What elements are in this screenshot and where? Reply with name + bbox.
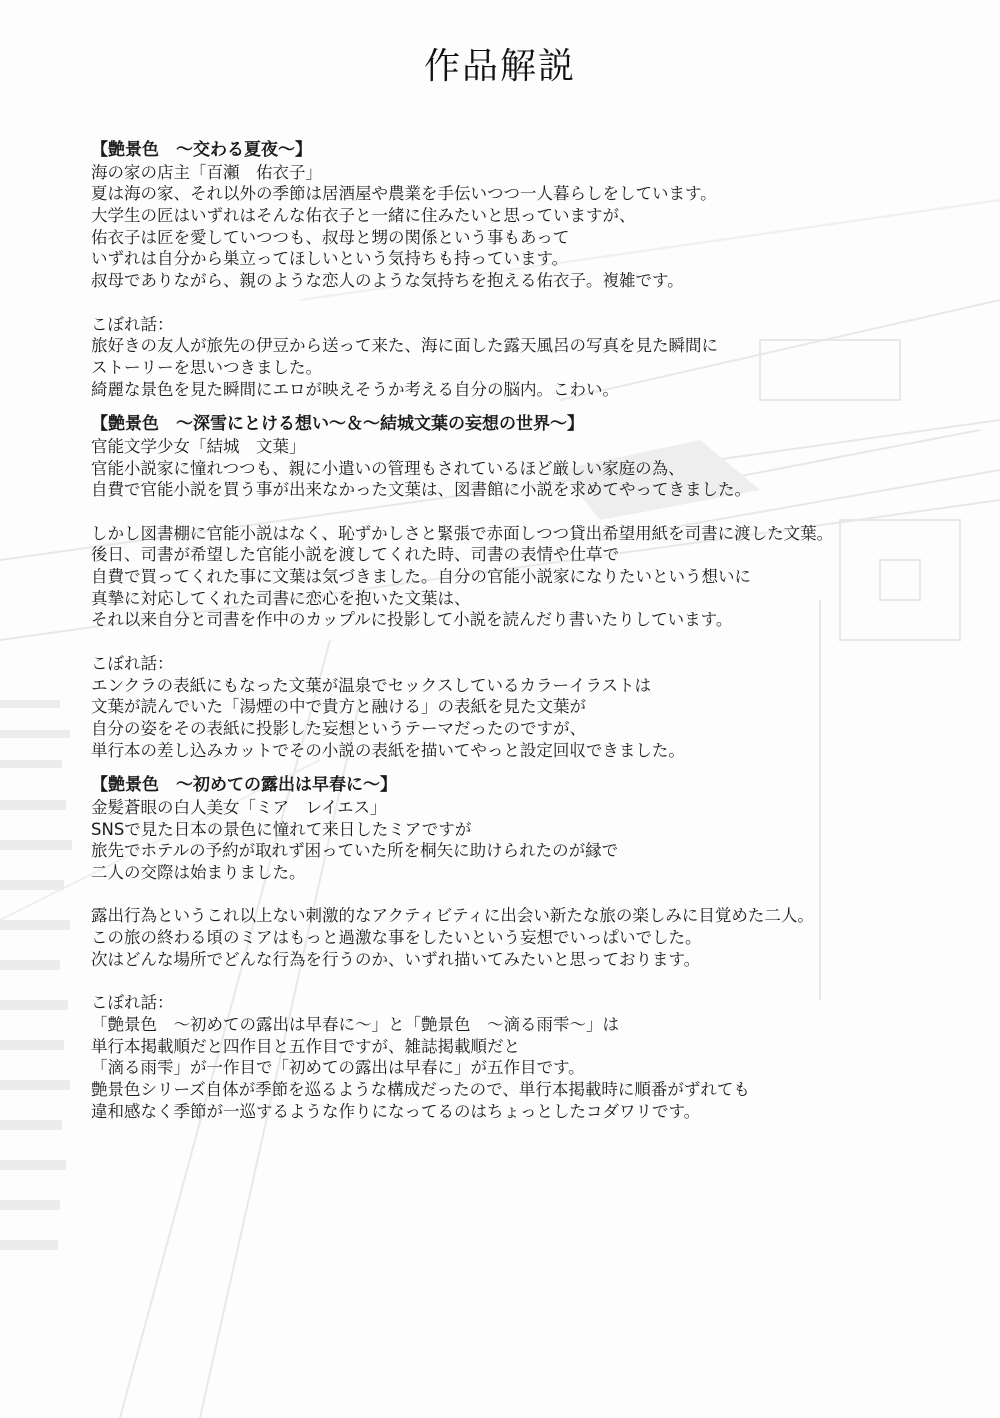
text-line: 自分の姿をその表紙に投影した妄想というテーマだったのですが、 bbox=[91, 718, 991, 740]
trivia-label: こぼれ話： bbox=[91, 992, 991, 1014]
text-line: ストーリーを思いつきました。 bbox=[91, 357, 991, 379]
page-title: 作品解説 bbox=[0, 38, 1000, 89]
trivia-label: こぼれ話： bbox=[91, 314, 991, 336]
text-line: しかし図書棚に官能小説はなく、恥ずかしさと緊張で赤面しつつ貸出希望用紙を司書に渡… bbox=[91, 523, 991, 545]
text-line: この旅の終わる頃のミアはもっと過激な事をしたいという妄想でいっぱいでした。 bbox=[91, 927, 991, 949]
text-line: 海の家の店主「百瀬 佑衣子」 bbox=[91, 162, 991, 184]
text-line: 「艶景色 ～初めての露出は早春に～」と「艶景色 ～滴る雨雫～」は bbox=[91, 1014, 991, 1036]
text-line: 「滴る雨雫」が一作目で「初めての露出は早春に」が五作目です。 bbox=[91, 1057, 991, 1079]
text-line: 官能文学少女「結城 文葉」 bbox=[91, 436, 991, 458]
text-line: 綺麗な景色を見た瞬間にエロが映えそうか考える自分の脳内。こわい。 bbox=[91, 379, 991, 401]
text-line: 官能小説家に憧れつつも、親に小遣いの管理もされているほど厳しい家庭の為、 bbox=[91, 458, 991, 480]
text-line: 佑衣子は匠を愛していつつも、叔母と甥の関係という事もあって bbox=[91, 227, 991, 249]
text-line: それ以来自分と司書を作中のカップルに投影して小説を読んだり書いたりしています。 bbox=[91, 609, 991, 631]
text-line: 自費で官能小説を買う事が出来なかった文葉は、図書館に小説を求めてやってきました。 bbox=[91, 479, 991, 501]
text-line: 露出行為というこれ以上ない刺激的なアクティビティに出会い新たな旅の楽しみに目覚め… bbox=[91, 905, 991, 927]
text-line: 金髪蒼眼の白人美女「ミア レイエス」 bbox=[91, 797, 991, 819]
text-line: 旅好きの友人が旅先の伊豆から送って来た、海に面した露天風呂の写真を見た瞬間に bbox=[91, 335, 991, 357]
section-2: 【艶景色 ～深雪にとける想い～＆～結城文葉の妄想の世界～】 官能文学少女「結城 … bbox=[91, 414, 991, 761]
trivia-label: こぼれ話： bbox=[91, 653, 991, 675]
text-line: 違和感なく季節が一巡するような作りになってるのはちょっとしたコダワリです。 bbox=[91, 1101, 991, 1123]
section-3: 【艶景色 ～初めての露出は早春に～】 金髪蒼眼の白人美女「ミア レイエス」 SN… bbox=[91, 775, 991, 1122]
text-line: 二人の交際は始まりました。 bbox=[91, 862, 991, 884]
text-line: いずれは自分から巣立ってほしいという気持ちも持っています。 bbox=[91, 248, 991, 270]
section-heading: 【艶景色 ～深雪にとける想い～＆～結城文葉の妄想の世界～】 bbox=[91, 414, 991, 436]
commentary-body: 【艶景色 ～交わる夏夜～】 海の家の店主「百瀬 佑衣子」 夏は海の家、それ以外の… bbox=[91, 140, 991, 1122]
text-line: 真摯に対応してくれた司書に恋心を抱いた文葉は、 bbox=[91, 588, 991, 610]
text-line: SNSで見た日本の景色に憧れて来日したミアですが bbox=[91, 819, 991, 841]
text-line: 自費で買ってくれた事に文葉は気づきました。自分の官能小説家になりたいという想いに bbox=[91, 566, 991, 588]
text-line: 後日、司書が希望した官能小説を渡してくれた時、司書の表情や仕草で bbox=[91, 544, 991, 566]
text-line: 艶景色シリーズ自体が季節を巡るような構成だったので、単行本掲載時に順番がずれても bbox=[91, 1079, 991, 1101]
text-line: 旅先でホテルの予約が取れず困っていた所を桐矢に助けられたのが縁で bbox=[91, 840, 991, 862]
text-line: 夏は海の家、それ以外の季節は居酒屋や農業を手伝いつつ一人暮らしをしています。 bbox=[91, 183, 991, 205]
section-1: 【艶景色 ～交わる夏夜～】 海の家の店主「百瀬 佑衣子」 夏は海の家、それ以外の… bbox=[91, 140, 991, 400]
text-line: 大学生の匠はいずれはそんな佑衣子と一緒に住みたいと思っていますが、 bbox=[91, 205, 991, 227]
text-line: 単行本掲載順だと四作目と五作目ですが、雑誌掲載順だと bbox=[91, 1036, 991, 1058]
text-line: 次はどんな場所でどんな行為を行うのか、いずれ描いてみたいと思っております。 bbox=[91, 949, 991, 971]
text-line: 文葉が読んでいた「湯煙の中で貴方と融ける」の表紙を見た文葉が bbox=[91, 696, 991, 718]
text-line: エンクラの表紙にもなった文葉が温泉でセックスしているカラーイラストは bbox=[91, 675, 991, 697]
section-heading: 【艶景色 ～交わる夏夜～】 bbox=[91, 140, 991, 162]
section-heading: 【艶景色 ～初めての露出は早春に～】 bbox=[91, 775, 991, 797]
text-line: 単行本の差し込みカットでその小説の表紙を描いてやっと設定回収できました。 bbox=[91, 740, 991, 762]
text-line: 叔母でありながら、親のような恋人のような気持ちを抱える佑衣子。複雑です。 bbox=[91, 270, 991, 292]
